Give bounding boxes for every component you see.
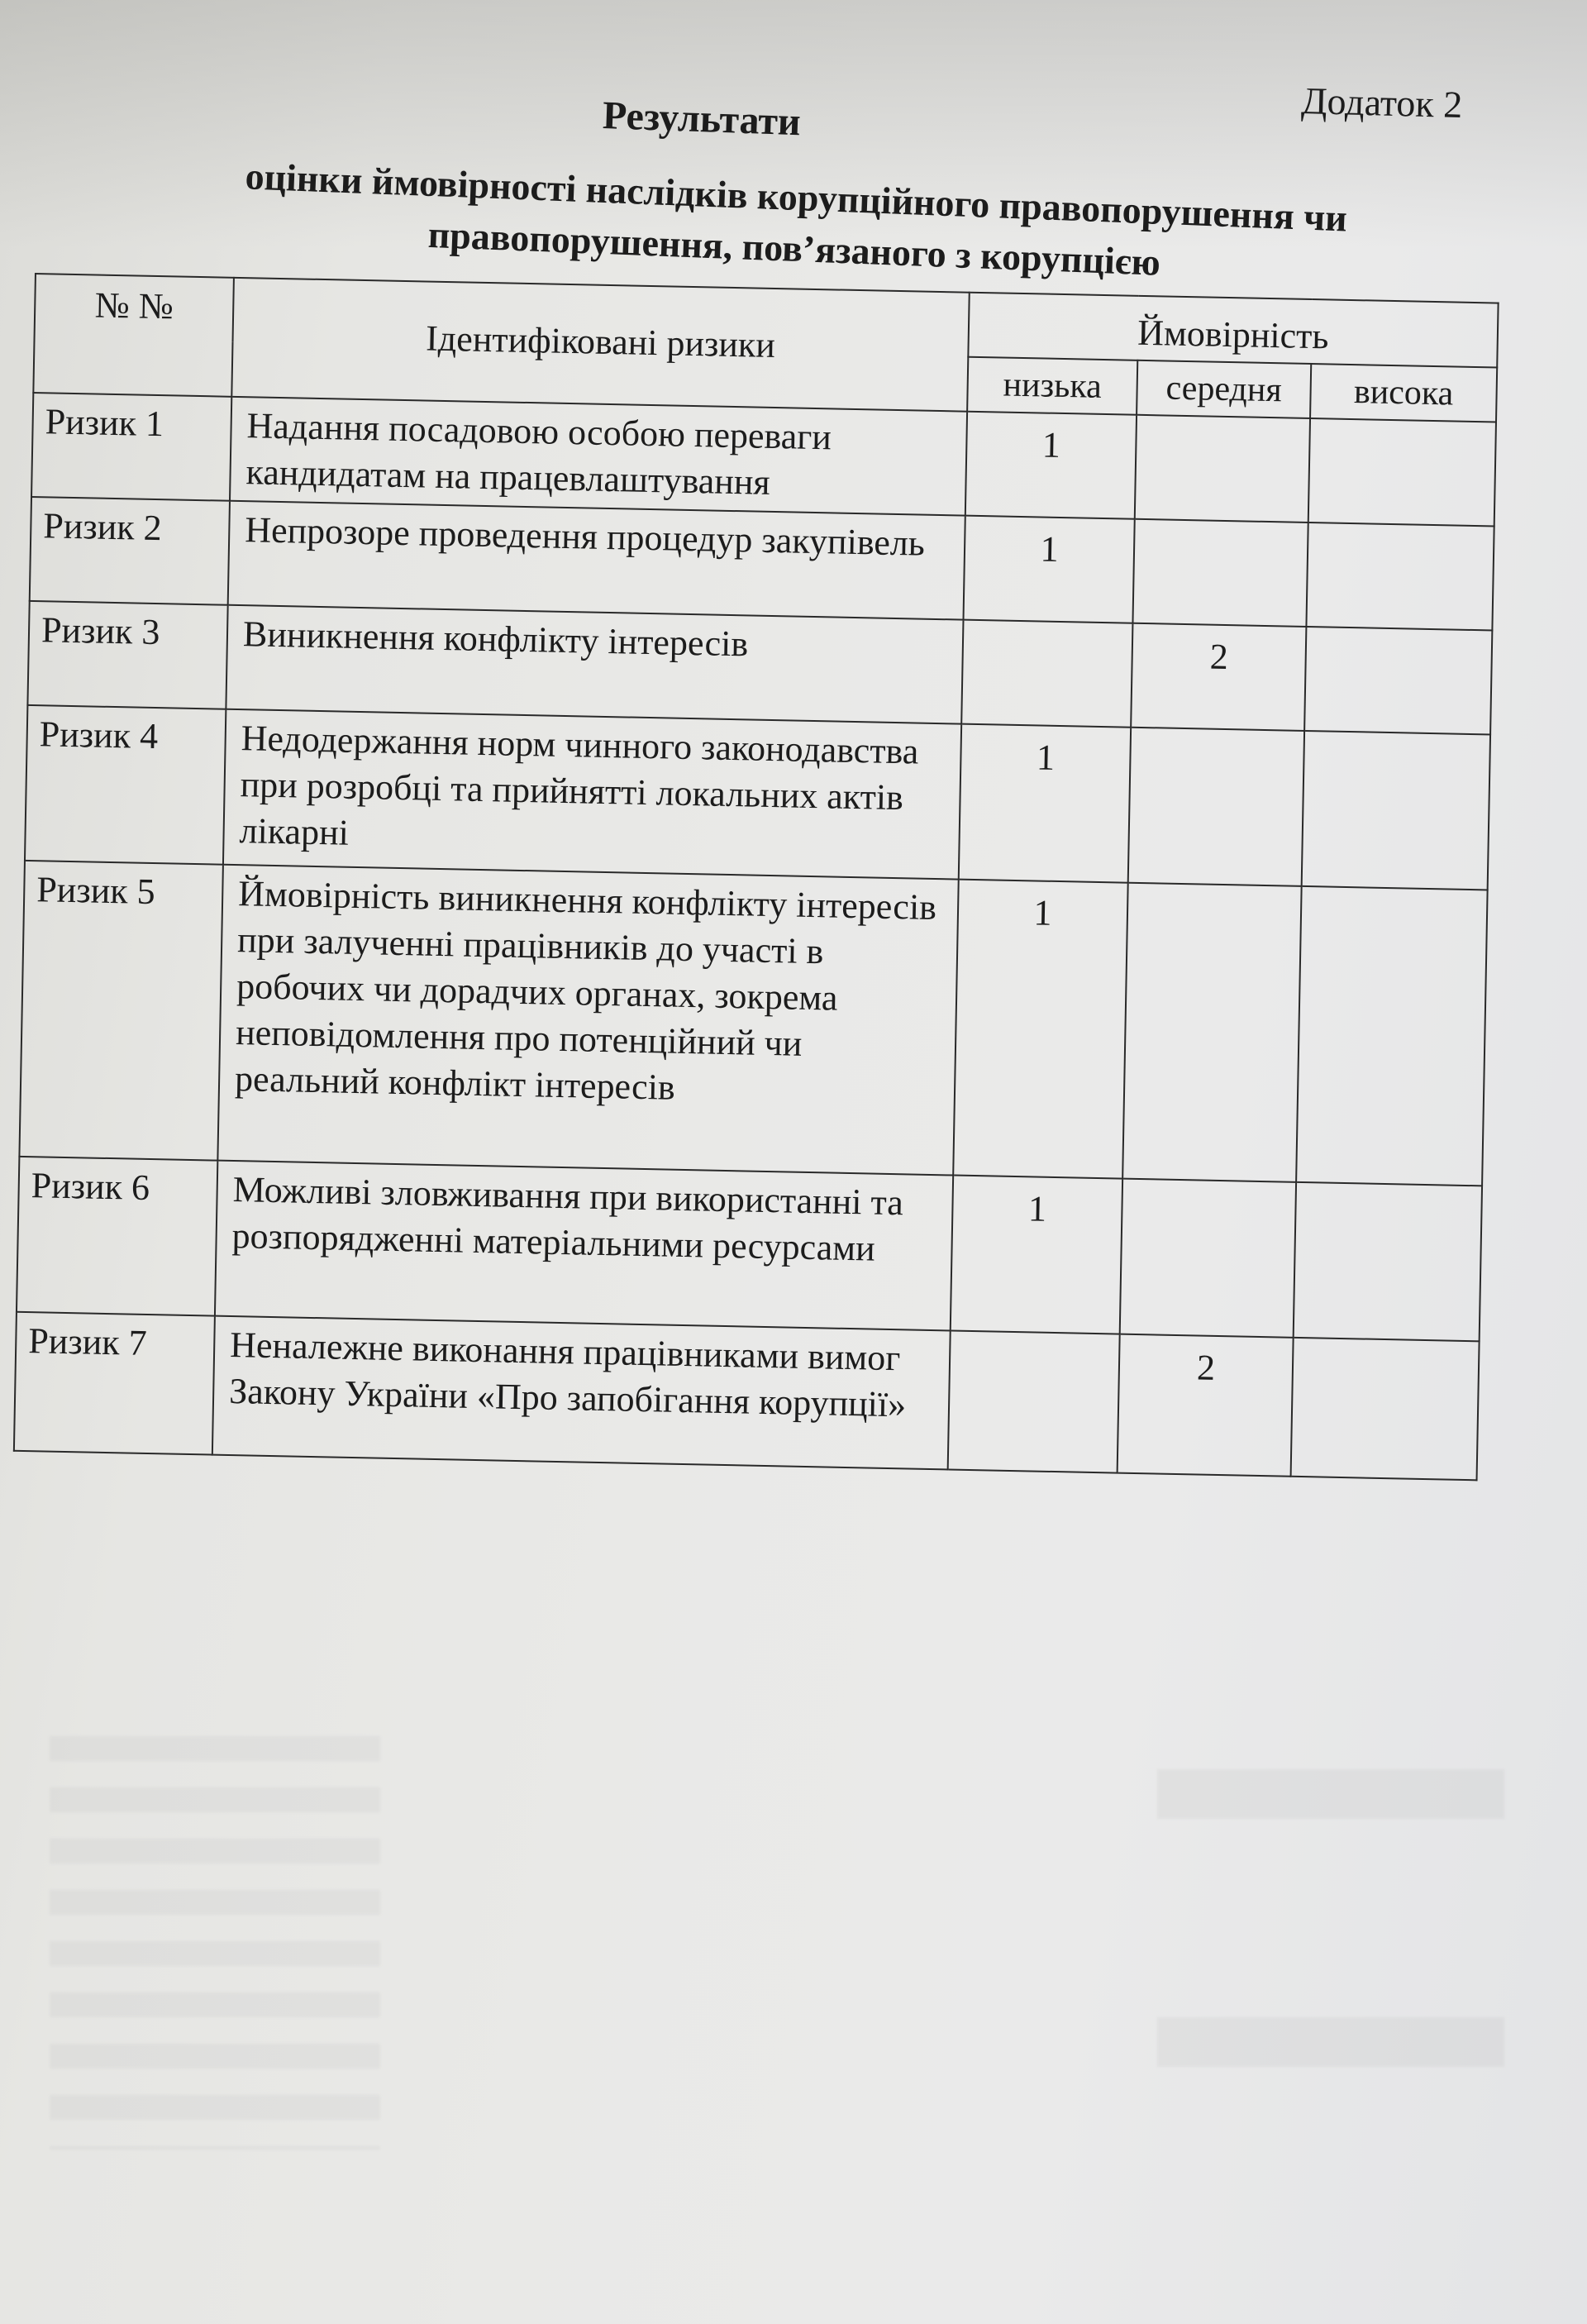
probability-medium: 2 xyxy=(1118,1334,1294,1477)
probability-medium xyxy=(1122,883,1302,1182)
probability-low xyxy=(948,1330,1120,1472)
probability-low xyxy=(961,620,1132,728)
table-row: Ризик 5 Ймовірність виникнення конфлікту… xyxy=(19,861,1487,1186)
probability-medium xyxy=(1135,415,1310,523)
probability-low: 1 xyxy=(953,880,1128,1179)
probability-medium: 2 xyxy=(1131,623,1306,731)
risk-id: Ризик 2 xyxy=(30,497,230,605)
table-row: Ризик 4 Недодержання норм чинного законо… xyxy=(25,705,1490,890)
probability-low: 1 xyxy=(959,724,1131,883)
risk-description: Можливі зловживання при використанні та … xyxy=(215,1161,953,1331)
probability-high xyxy=(1296,886,1488,1186)
header-high: висока xyxy=(1310,364,1497,422)
risk-description: Виникнення конфлікту інтересів xyxy=(226,605,963,724)
probability-medium xyxy=(1120,1179,1296,1338)
probability-medium xyxy=(1128,728,1304,886)
header-medium: середня xyxy=(1137,360,1311,418)
header-probability: Ймовірність xyxy=(968,293,1498,368)
show-through-texture xyxy=(1157,1769,1504,1819)
appendix-label: Додаток 2 xyxy=(1301,79,1463,126)
probability-high xyxy=(1308,418,1496,526)
risk-description: Неналежне виконання працівниками вимог З… xyxy=(212,1316,951,1470)
risk-description: Ймовірність виникнення конфлікту інтерес… xyxy=(217,865,958,1176)
risk-description: Непрозоре проведення процедур закупівель xyxy=(228,501,965,620)
document-subtitle: оцінки ймовірності наслідків корупційног… xyxy=(149,147,1442,299)
risk-id: Ризик 3 xyxy=(27,601,227,709)
risk-description: Недодержання норм чинного законодавства … xyxy=(223,709,961,880)
document-page: Додаток 2 Результати оцінки ймовірності … xyxy=(0,0,1587,2324)
risk-id: Ризик 6 xyxy=(17,1157,217,1316)
header-number: № № xyxy=(33,274,234,397)
risk-id: Ризик 5 xyxy=(19,861,223,1161)
risk-probability-table: № № Ідентифіковані ризики Ймовірність ни… xyxy=(13,273,1499,1481)
probability-high xyxy=(1306,523,1494,630)
risk-table-wrapper: № № Ідентифіковані ризики Ймовірність ни… xyxy=(13,273,1498,1481)
probability-low: 1 xyxy=(951,1176,1122,1334)
header-identified-risks: Ідентифіковані ризики xyxy=(231,278,969,412)
header-low: низька xyxy=(967,357,1137,415)
show-through-texture xyxy=(50,1736,380,2150)
probability-medium xyxy=(1132,519,1308,627)
show-through-texture xyxy=(1157,2017,1504,2067)
probability-high xyxy=(1291,1338,1480,1480)
probability-high xyxy=(1304,627,1492,734)
probability-low: 1 xyxy=(963,516,1134,623)
probability-high xyxy=(1294,1182,1482,1341)
table-row: Ризик 6 Можливі зловживання при використ… xyxy=(17,1157,1482,1341)
risk-id: Ризик 4 xyxy=(25,705,226,865)
risk-id: Ризик 1 xyxy=(31,393,231,501)
risk-description: Надання посадовою особою переваги кандид… xyxy=(230,397,967,516)
document-title: Результати xyxy=(602,93,801,145)
probability-high xyxy=(1302,731,1490,890)
risk-id: Ризик 7 xyxy=(14,1312,215,1455)
probability-low: 1 xyxy=(965,412,1137,519)
table-row: Ризик 7 Неналежне виконання працівниками… xyxy=(14,1312,1480,1480)
